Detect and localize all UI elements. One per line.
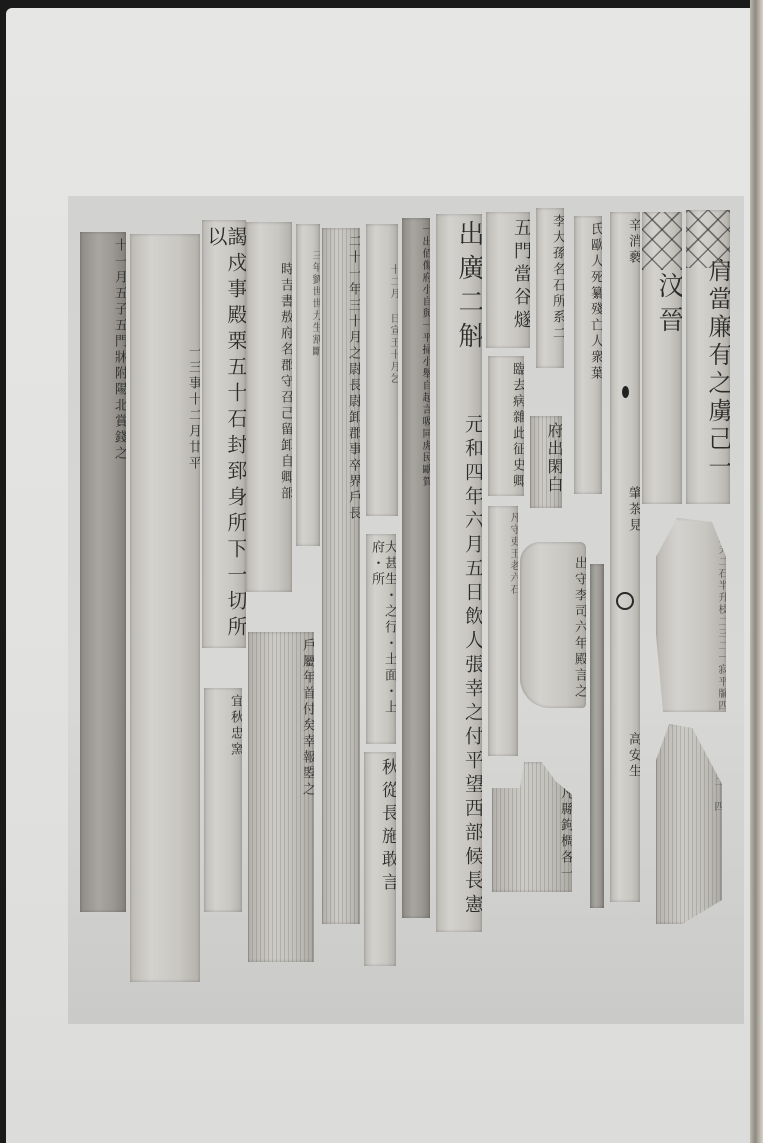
- wooden-slip: 臨去病雜此征史卿: [488, 356, 524, 496]
- wooden-slip: 秋從長施敢言: [364, 752, 396, 966]
- slip-text: 府出閑白: [530, 422, 562, 494]
- wooden-slip: 三年劉世世力生割斷: [296, 224, 320, 546]
- slip-text: 三年劉世世力生割斷: [296, 250, 320, 358]
- wooden-slip: 十二 四: [656, 724, 722, 924]
- slip-text: 謁戍事殿栗五十石封郅身所下一切所以: [202, 226, 246, 648]
- wooden-slip: 氏歐人死纂殘亡人衆葉: [574, 216, 602, 494]
- ink-dot: [622, 386, 629, 398]
- wooden-slip: 二十一年三十月之尉長尉卸郡事卒界戶長: [322, 228, 360, 924]
- wooden-slip: 一三事十二月廿平: [130, 234, 200, 982]
- slip-text: 汶晉: [642, 272, 682, 340]
- wooden-slip: 凡縣鉤椆各一: [492, 762, 572, 892]
- slip-text: 宜秋忠窯: [204, 694, 242, 758]
- wooden-slip: 出守李司六年殿言之: [520, 542, 586, 708]
- slip-text: 十一月五子五門牀附陽北賞錢之: [94, 238, 126, 462]
- slip-text: 大甚生・之行・土面・上府・所: [366, 540, 396, 744]
- wooden-slip: 出廣二斛 元和四年六月五日飲人張幸之付平望西部候長憲: [436, 214, 482, 932]
- slip-text: 李大孫名石所系二: [536, 214, 564, 342]
- wooden-slip: 五門當谷燧: [486, 212, 530, 348]
- slips-plate: 十一月五子五門牀附陽北賞錢之 一三事十二月廿平 謁戍事殿栗五十石封郅身所下一切所…: [68, 196, 744, 1024]
- wooden-slip: 辛消褻 肇茶見 高安生: [610, 212, 640, 902]
- slip-text: 二十一年三十月之尉長尉卸郡事卒界戶長: [322, 234, 360, 522]
- slip-text: 肩當廉有之虜己一: [686, 258, 730, 482]
- wooden-slip: 凡守吏王老六石: [488, 506, 518, 756]
- slip-text: 十二月 日宣王十月乞: [366, 264, 398, 385]
- slip-text: 十二 四: [656, 764, 722, 813]
- slip-text: 凡守吏王老六石: [488, 512, 518, 596]
- slip-text: 秋從長施敢言: [364, 758, 396, 896]
- wooden-slip: 十二月 日宣王十月乞: [366, 224, 398, 516]
- wooden-slip: [590, 564, 604, 908]
- hatched-pattern: [642, 212, 682, 270]
- wooden-slip: 時吉書敖府名郡守召己留卸自卿部: [246, 222, 292, 592]
- slip-text: 凡縣鉤椆各一: [492, 786, 572, 882]
- wooden-slip: 戶屬年首付矣幸報曌之: [248, 632, 314, 962]
- ink-circle: [616, 592, 634, 610]
- slip-text: 一出佰傷府小自與一平掃小舉自起言吸同虎民歐賀: [402, 224, 430, 488]
- slip-text: 五門當谷燧: [486, 218, 530, 333]
- slip-text: 出守李司六年殿言之: [520, 556, 586, 700]
- slip-text: 一三事十二月廿平: [130, 344, 200, 472]
- book-spine-edge: [750, 0, 763, 1143]
- slip-text: 元和四年六月五日飲人張幸之付平望西部候長憲: [436, 414, 482, 918]
- wooden-slip: 十一月五子五門牀附陽北賞錢之: [80, 232, 126, 912]
- slip-text: 辛消褻: [610, 218, 640, 266]
- wooden-slip: 凡夫二石半升枝二三二一寂平牖四: [656, 518, 726, 712]
- slip-text: 氏歐人死纂殘亡人衆葉: [574, 222, 602, 382]
- slip-text: 出廣二斛: [436, 220, 482, 356]
- slip-text: 肇茶見: [610, 486, 640, 534]
- wooden-slip: 大甚生・之行・土面・上府・所: [366, 534, 396, 744]
- slip-text: 時吉書敖府名郡守召己留卸自卿部: [246, 262, 292, 502]
- wooden-slip: 肩當廉有之虜己一: [686, 210, 730, 504]
- slip-text: 凡夫二石半升枝二三二一寂平牖四: [656, 532, 726, 712]
- wooden-slip: 李大孫名石所系二: [536, 208, 564, 368]
- wooden-slip: 謁戍事殿栗五十石封郅身所下一切所以: [202, 220, 246, 648]
- wooden-slip: 府出閑白: [530, 416, 562, 508]
- slip-text: 高安生: [610, 732, 640, 780]
- slip-text: 臨去病雜此征史卿: [488, 362, 524, 490]
- wooden-slip: 宜秋忠窯: [204, 688, 242, 912]
- slip-text: 戶屬年首付矣幸報曌之: [248, 638, 314, 798]
- wooden-slip: 汶晉: [642, 212, 682, 504]
- wooden-slip: 一出佰傷府小自與一平掃小舉自起言吸同虎民歐賀: [402, 218, 430, 918]
